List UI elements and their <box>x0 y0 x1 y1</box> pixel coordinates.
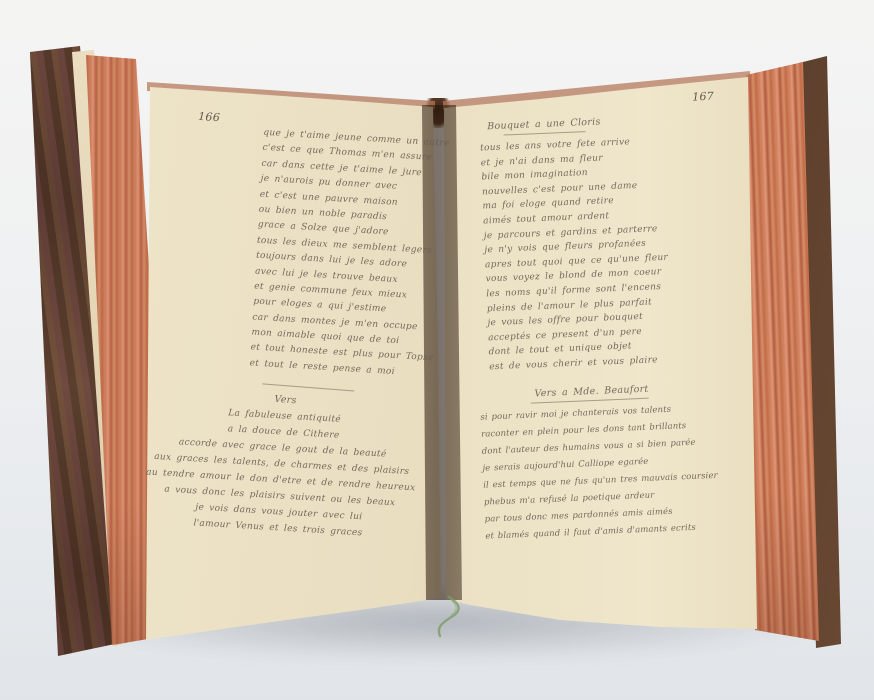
title-underline-flourish <box>504 131 586 135</box>
page-number-left: 166 <box>198 110 221 124</box>
left-poem-block: que je t'aime jeune comme un autrec'est … <box>249 128 450 385</box>
poem-title: Bouquet a une Cloris <box>487 116 601 132</box>
section-heading: Vers a Mde. Beaufort <box>534 384 649 400</box>
divider-flourish <box>262 383 354 391</box>
photograph-of-open-manuscript-book: 166 que je t'aime jeune comme un autrec'… <box>0 0 874 700</box>
right-poem-block: tous les ans votre fete arriveet je n'ai… <box>480 136 673 377</box>
right-section-block: si pour ravir moi je chanterais vos tale… <box>480 403 720 549</box>
page-number-right: 167 <box>692 90 714 104</box>
right-page-text: 167 Bouquet a une Cloris tous les ans vo… <box>443 61 781 634</box>
left-section-block: Vers La fabuleuse antiquitéa la douce de… <box>138 386 431 436</box>
left-page-text: 166 que je t'aime jeune comme un autrec'… <box>118 85 442 646</box>
